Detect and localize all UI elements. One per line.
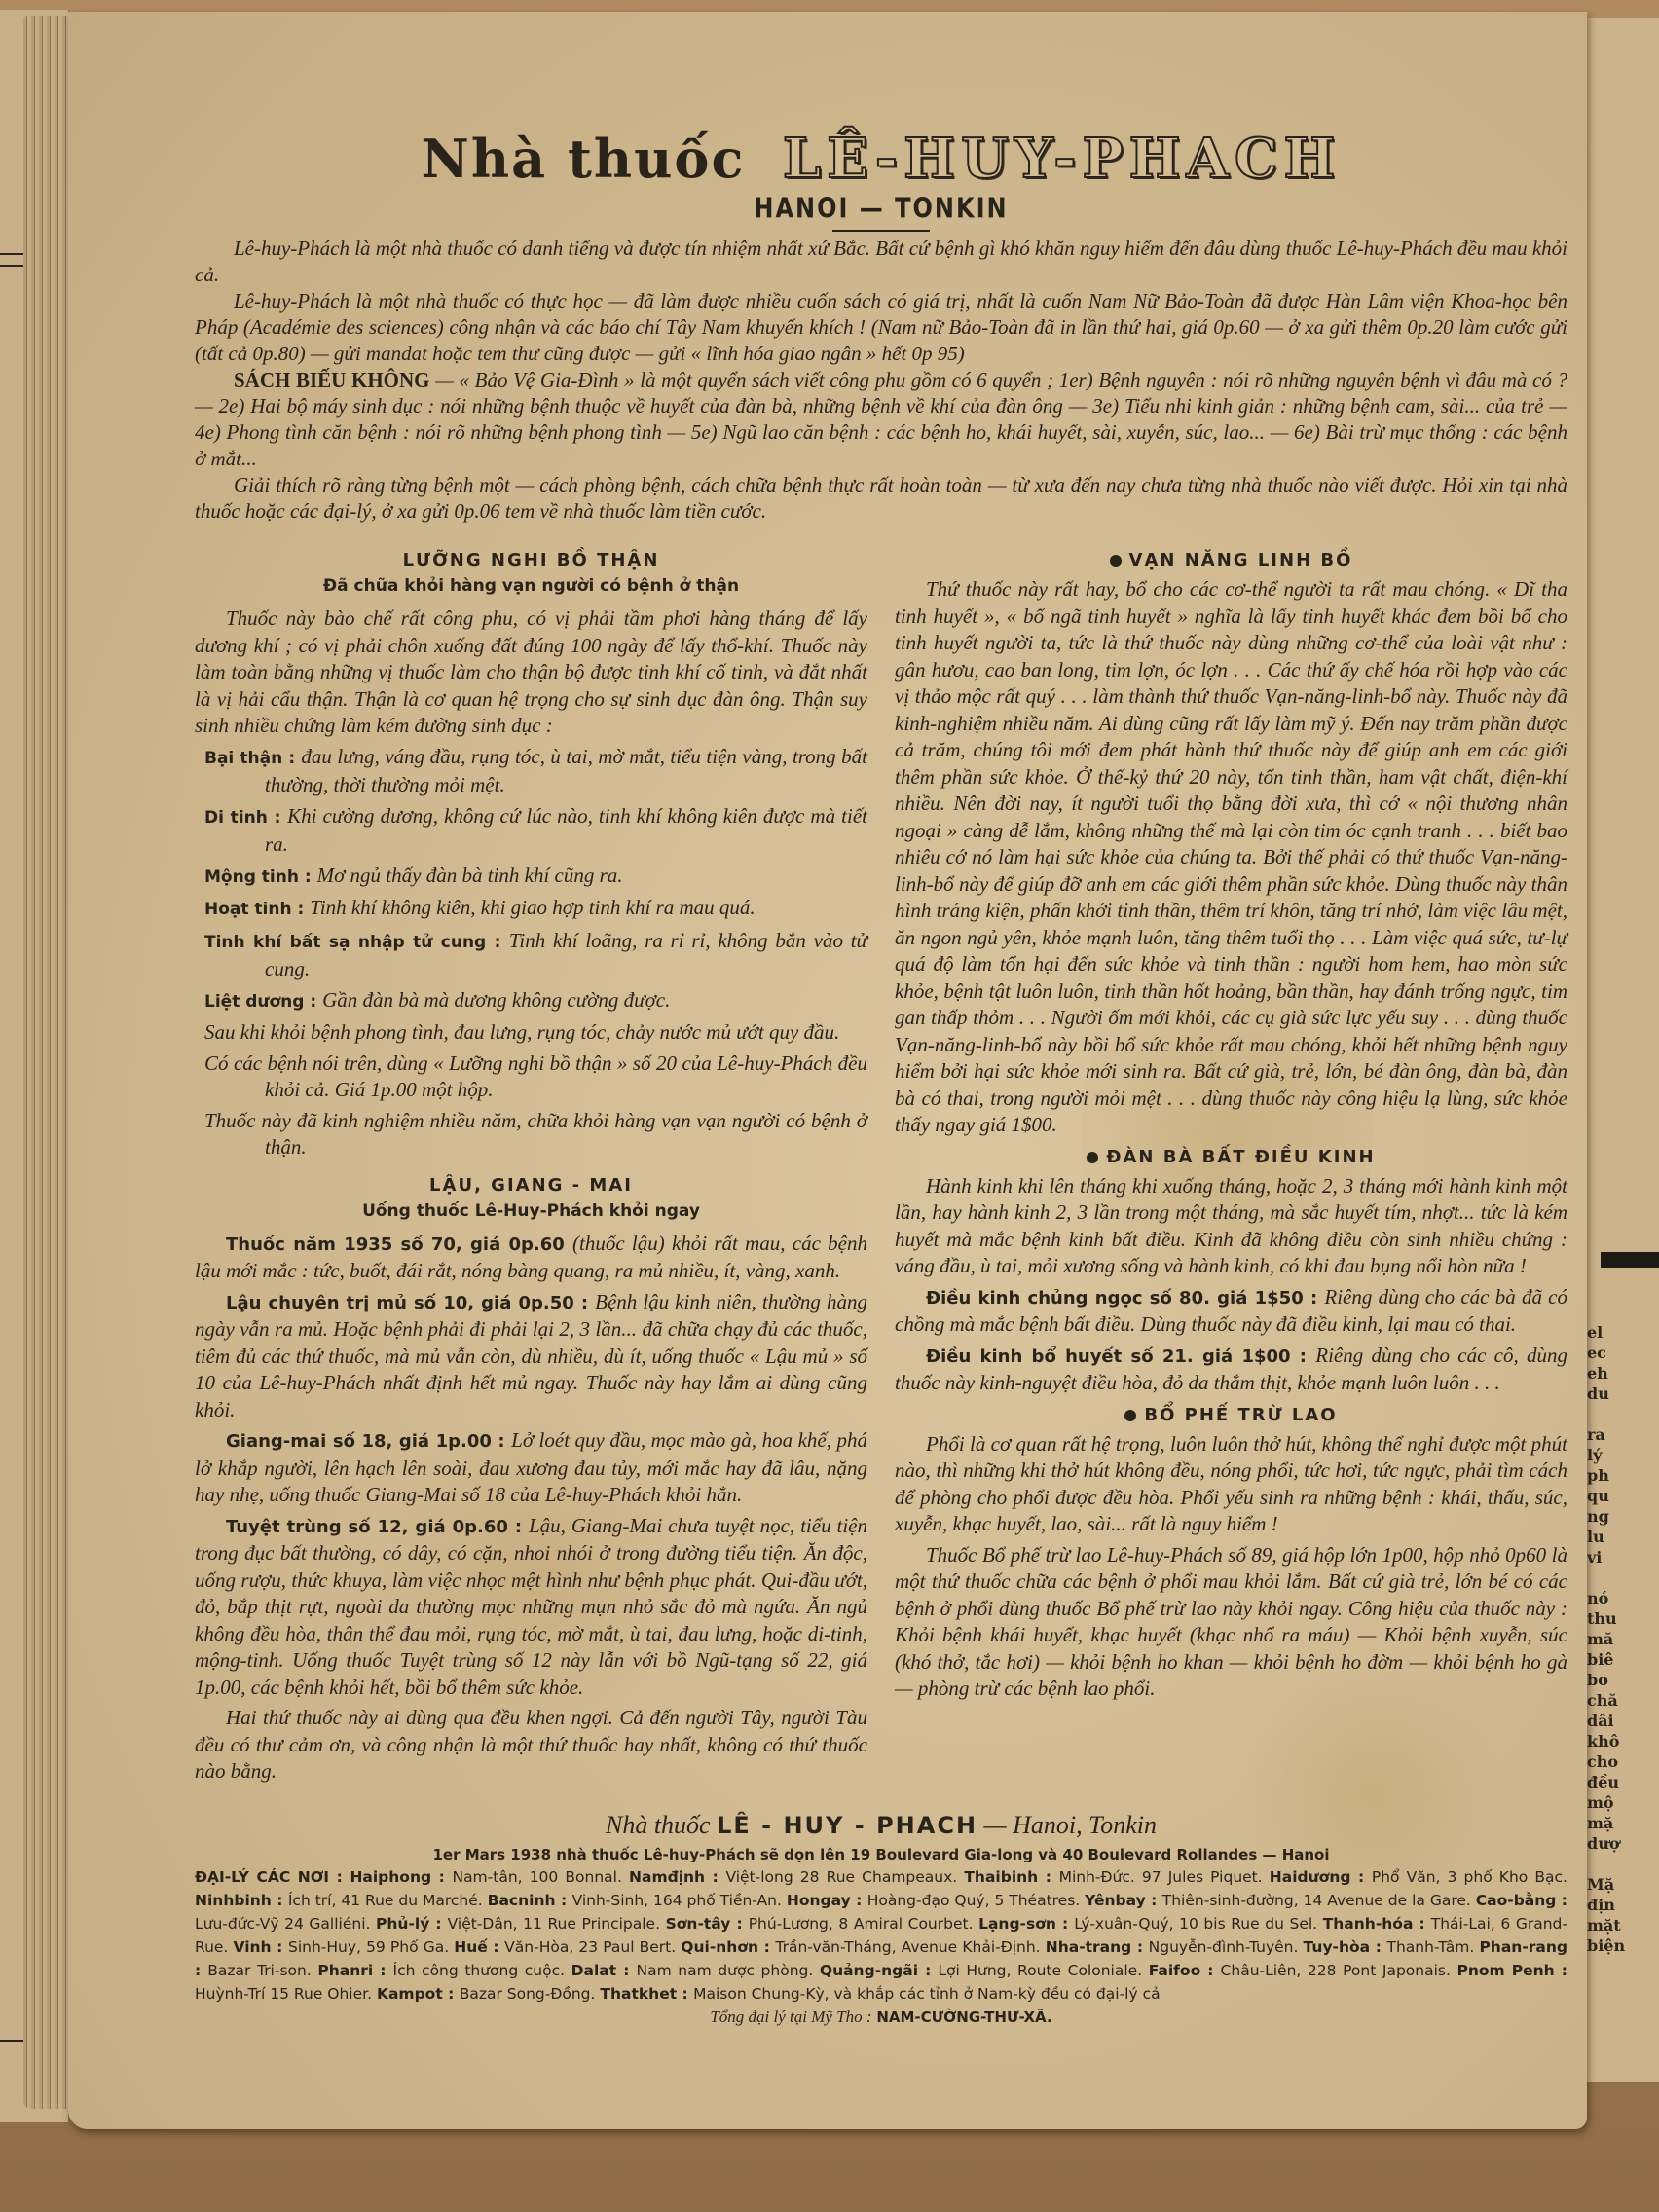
symptom-entry: Tinh khí bất sạ nhập tử cung : Tinh khí …	[195, 928, 867, 983]
symptom-entry: Di tinh : Khi cường dương, không cứ lúc …	[195, 803, 867, 859]
product-description: Hai thứ thuốc này ai dùng qua đều khen n…	[195, 1706, 867, 1783]
agent-address: Lưu-đức-Vỹ 24 Galliéni.	[195, 1915, 376, 1933]
symptom-entry: Liệt dương : Gần đàn bà mà dương không c…	[195, 987, 867, 1016]
agent-address: Phổ Văn, 3 phố Kho Bạc.	[1372, 1868, 1567, 1886]
agent-address: Ích công thương cuộc.	[393, 1962, 571, 1979]
section-intro: Thuốc này bào chế rất công phu, có vị ph…	[195, 606, 867, 740]
agent-city: Qui-nhơn :	[681, 1938, 775, 1956]
agent-city: Tuy-hòa :	[1304, 1938, 1387, 1956]
right-column: VẠN NĂNG LINH BỒ Thứ thuốc này rất hay, …	[895, 542, 1567, 1789]
agent-address: Nam nam dược phòng.	[637, 1962, 820, 1979]
section-paragraph: Thuốc Bổ phế trừ lao Lê-huy-Phách số 89,…	[895, 1542, 1567, 1703]
section-title: ĐÀN BÀ BẤT ĐIỀU KINH	[895, 1147, 1567, 1167]
symptom-term: Tinh khí bất sạ nhập tử cung :	[204, 933, 509, 952]
intro-paragraph: Giải thích rõ ràng từng bệnh một — cách …	[195, 472, 1567, 525]
section-title: LẬU, GIANG - MAI	[195, 1175, 867, 1196]
symptom-description: Có các bệnh nói trên, dùng « Lưỡng nghi …	[204, 1051, 867, 1102]
agent-address: Hoàng-đạo Quý, 5 Théatres.	[867, 1892, 1085, 1909]
section-subtitle: Đã chữa khỏi hàng vạn người có bệnh ở th…	[195, 576, 867, 596]
agent-address: Maison Chung-Kỳ, và khắp các tỉnh ở Nam-…	[693, 1985, 1161, 2003]
agent-list: ĐẠI-LÝ CÁC NƠI : Haiphong : Nam-tân, 100…	[195, 1865, 1567, 2006]
symptom-entry: Bại thận : đau lưng, váng đầu, rụng tóc,…	[195, 744, 867, 799]
agent-address: Minh-Đức. 97 Jules Piquet.	[1059, 1868, 1270, 1886]
product-paragraph: Lậu chuyên trị mủ số 10, giá 0p.50 : Bện…	[195, 1289, 867, 1424]
symptom-term: Di tinh :	[204, 808, 287, 828]
fragment-text: el ec eh du ra lý ph qu ng lu vi nó thu …	[1587, 1322, 1655, 1956]
agent-city: Lạng-sơn :	[978, 1915, 1074, 1933]
product-name-price: Lậu chuyên trị mủ số 10, giá 0p.50 :	[226, 1293, 595, 1313]
symptom-description: Thuốc này đã kinh nghiệm nhiều năm, chữa…	[204, 1109, 867, 1160]
agent-address: Việt-long 28 Rue Champeaux.	[725, 1868, 964, 1886]
agent-address: Lý-xuân-Quý, 10 bis Rue du Sel.	[1074, 1915, 1322, 1933]
symptom-description: Tinh khí không kiên, khi giao hợp tinh k…	[310, 896, 755, 919]
agent-city: Thanh-hóa :	[1323, 1915, 1431, 1933]
product-name-price: Điều kinh bổ huyết số 21. giá 1$00 :	[926, 1346, 1315, 1367]
symptom-entry: Sau khi khỏi bệnh phong tình, đau lưng, …	[195, 1019, 867, 1047]
bullet-ornament-icon	[1110, 555, 1122, 567]
bullet-ornament-icon	[1124, 1410, 1136, 1421]
product-name-price: Tuyệt trùng số 12, giá 0p.60 :	[226, 1517, 529, 1537]
agent-address: Nguyễn-đình-Tuyên.	[1149, 1938, 1304, 1956]
right-page-fragment: el ec eh du ra lý ph qu ng lu vi nó thu …	[1580, 18, 1659, 2082]
agent-address: Trần-văn-Tháng, Avenue Khải-Định.	[775, 1938, 1045, 1956]
symptom-entry: Thuốc này đã kinh nghiệm nhiều năm, chữa…	[195, 1108, 867, 1161]
section-title: VẠN NĂNG LINH BỒ	[895, 550, 1567, 571]
agent-address: Ích trí, 41 Rue du Marché.	[288, 1892, 488, 1909]
agent-city: Vinh :	[233, 1938, 288, 1956]
intro-section: Lê-huy-Phách là một nhà thuốc có danh ti…	[195, 236, 1567, 525]
symptom-description: Sau khi khỏi bệnh phong tình, đau lưng, …	[204, 1020, 839, 1044]
symptom-description: Gần đàn bà mà dương không cường được.	[322, 988, 670, 1012]
section-intro: Hành kinh khi lên tháng khi xuống tháng,…	[895, 1173, 1567, 1280]
agent-city: Thaibinh :	[964, 1868, 1058, 1886]
symptom-term: Hoạt tinh :	[204, 900, 310, 919]
agent-city: Haiphong :	[350, 1868, 452, 1886]
product-list: Điều kinh chủng ngọc số 80. giá 1$50 : R…	[895, 1284, 1567, 1397]
agent-address: Bazar Song-Đồng.	[460, 1985, 601, 2003]
symptom-description: Khi cường dương, không cứ lúc nào, tinh …	[265, 804, 867, 857]
general-agent: Tổng đại lý tại Mỹ Tho : NAM-CƯỜNG-THƯ-X…	[195, 2008, 1567, 2027]
symptom-entry: Mộng tinh : Mơ ngủ thấy đàn bà tinh khí …	[195, 863, 867, 892]
agent-address: Văn-Hòa, 23 Paul Bert.	[504, 1938, 681, 1956]
symptom-term: Liệt dương :	[204, 992, 322, 1012]
agent-city: Haidương :	[1270, 1868, 1372, 1886]
page-title: Nhà thuốc LÊ-HUY-PHACH	[195, 127, 1567, 191]
agent-city: Sơn-tây :	[666, 1915, 749, 1933]
section-title: BỔ PHẾ TRỪ LAO	[895, 1405, 1567, 1425]
agent-address: Huỳnh-Trí 15 Rue Ohier.	[195, 1985, 377, 2003]
intro-paragraph: Lê-huy-Phách là một nhà thuốc có danh ti…	[195, 236, 1567, 288]
symptom-entry: Có các bệnh nói trên, dùng « Lưỡng nghi …	[195, 1051, 867, 1104]
agent-city: Nha-trang :	[1046, 1938, 1149, 1956]
book-page-stack	[23, 16, 72, 2109]
title-brand: LÊ-HUY-PHACH	[783, 127, 1342, 191]
agent-address: Việt-Dân, 11 Rue Principale.	[448, 1915, 666, 1933]
agent-city: Bacninh :	[488, 1892, 572, 1909]
free-book-label: SÁCH BIẾU KHÔNG	[234, 368, 430, 391]
section-paragraph: Thứ thuốc này rất hay, bổ cho các cơ-thể…	[895, 576, 1567, 1139]
product-paragraph: Điều kinh bổ huyết số 21. giá 1$00 : Riê…	[895, 1343, 1567, 1397]
agent-city: Huế :	[454, 1938, 504, 1956]
product-paragraph: Điều kinh chủng ngọc số 80. giá 1$50 : R…	[895, 1284, 1567, 1339]
agents-label: ĐẠI-LÝ CÁC NƠI :	[195, 1868, 350, 1886]
two-column-body: LƯỠNG NGHI BỒ THẬN Đã chữa khỏi hàng vạn…	[195, 542, 1567, 1789]
symptom-entry: Hoạt tinh : Tinh khí không kiên, khi gia…	[195, 895, 867, 924]
agent-address: Thiên-sinh-đường, 14 Avenue de la Gare.	[1162, 1892, 1476, 1909]
agent-city: Hongay :	[787, 1892, 867, 1909]
product-list: Thuốc năm 1935 số 70, giá 0p.60 (thuốc l…	[195, 1231, 867, 1786]
symptom-list: Bại thận : đau lưng, váng đầu, rụng tóc,…	[195, 744, 867, 1161]
product-paragraph: Giang-mai số 18, giá 1p.00 : Lở loét quy…	[195, 1427, 867, 1509]
agent-city: Faifoo :	[1149, 1962, 1221, 1979]
footer: Nhà thuốc LÊ - HUY - PHACH — Hanoi, Tonk…	[195, 1811, 1567, 2027]
agent-city: Namđịnh :	[629, 1868, 725, 1886]
section-paragraph: Phổi là cơ quan rất hệ trọng, luôn luôn …	[895, 1431, 1567, 1538]
symptom-term: Mộng tinh :	[204, 867, 317, 887]
symptom-term: Bại thận :	[204, 749, 301, 768]
advertisement-content: Nhà thuốc LÊ-HUY-PHACH HANOI — TONKIN Lê…	[195, 97, 1567, 2027]
intro-paragraph: Lê-huy-Phách là một nhà thuốc có thực họ…	[195, 288, 1567, 367]
agent-city: Phanri :	[317, 1962, 392, 1979]
relocation-notice: 1er Mars 1938 nhà thuốc Lê-huy-Phách sẽ …	[195, 1846, 1567, 1863]
agent-address: Bazar Tri-son.	[207, 1962, 317, 1979]
symptom-description: Mơ ngủ thấy đàn bà tinh khí cũng ra.	[317, 864, 623, 887]
agent-city: Phủ-lý :	[376, 1915, 448, 1933]
agent-city: Cao-bằng :	[1476, 1892, 1567, 1909]
agent-address: Châu-Liên, 228 Pont Japonais.	[1221, 1962, 1457, 1979]
agent-city: Yênbay :	[1085, 1892, 1162, 1909]
symptom-description: đau lưng, váng đầu, rụng tóc, ù tai, mờ …	[265, 745, 867, 797]
product-name-price: Thuốc năm 1935 số 70, giá 0p.60	[226, 1235, 572, 1255]
product-paragraph: Hai thứ thuốc này ai dùng qua đều khen n…	[195, 1705, 867, 1786]
footer-title: Nhà thuốc LÊ - HUY - PHACH — Hanoi, Tonk…	[195, 1811, 1567, 1840]
left-column: LƯỠNG NGHI BỒ THẬN Đã chữa khỏi hàng vạn…	[195, 542, 867, 1789]
agent-address: Sinh-Huy, 59 Phố Ga.	[288, 1938, 454, 1956]
agent-address: Phú-Lương, 8 Amiral Courbet.	[749, 1915, 978, 1933]
product-paragraph: Tuyệt trùng số 12, giá 0p.60 : Lậu, Gian…	[195, 1513, 867, 1702]
subtitle-rule	[832, 230, 930, 232]
product-name-price: Giang-mai số 18, giá 1p.00 :	[226, 1431, 511, 1452]
agent-city: Ninhbinh :	[195, 1892, 288, 1909]
agent-city: Quảng-ngãi :	[820, 1962, 938, 1979]
fragment-heading-bar	[1601, 1252, 1659, 1268]
agent-city: Thatkhet :	[600, 1985, 693, 2003]
agent-address: Nam-tân, 100 Bonnal.	[452, 1868, 629, 1886]
page-subtitle: HANOI — TONKIN	[195, 192, 1567, 225]
product-paragraph: Thuốc năm 1935 số 70, giá 0p.60 (thuốc l…	[195, 1231, 867, 1285]
agent-address: Thanh-Tâm.	[1387, 1938, 1480, 1956]
title-lead: Nhà thuốc	[422, 128, 746, 190]
agent-address: Vinh-Sinh, 164 phố Tiền-An.	[572, 1892, 787, 1909]
product-description: Lậu, Giang-Mai chưa tuyệt nọc, tiểu tiện…	[195, 1514, 867, 1699]
bullet-ornament-icon	[1087, 1152, 1098, 1163]
section-title: LƯỠNG NGHI BỒ THẬN	[195, 550, 867, 571]
product-name-price: Điều kinh chủng ngọc số 80. giá 1$50 :	[926, 1288, 1324, 1309]
section-subtitle: Uống thuốc Lê-Huy-Phách khỏi ngay	[195, 1201, 867, 1221]
agent-city: Pnom Penh :	[1457, 1962, 1567, 1979]
agent-city: Kampot :	[377, 1985, 460, 2003]
agent-address: Lợi Hưng, Route Coloniale.	[938, 1962, 1148, 1979]
free-book-paragraph: SÁCH BIẾU KHÔNG — « Bảo Vệ Gia-Đình » là…	[195, 367, 1567, 472]
agent-city: Dalat :	[571, 1962, 637, 1979]
